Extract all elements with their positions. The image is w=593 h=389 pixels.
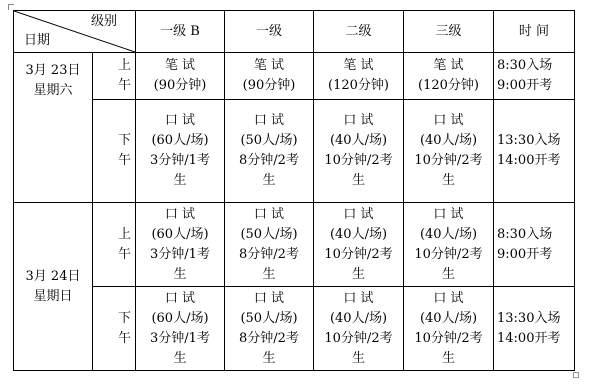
period-text: 上 (93, 56, 131, 76)
exam-duration: 3分钟/1考 (136, 329, 224, 349)
exam-duration: (120分钟) (314, 76, 403, 96)
period-cell: 上 午 (93, 53, 136, 100)
exam-duration: 10分钟/2考 (404, 329, 493, 349)
exam-duration: 8分钟/2考 (225, 151, 313, 171)
entry-time: 8:30入场 (497, 225, 574, 245)
table-row: 3月 23日 星期六 上 午 笔 试 (90分钟) 笔 试 (90分钟) 笔 试… (14, 53, 575, 100)
start-time: 14:00开考 (497, 151, 574, 171)
header-level-2: 二级 (314, 11, 404, 53)
exam-capacity: (50人/场) (225, 309, 313, 329)
exam-cell: 口 试 (60人/场) 3分钟/1考 生 (136, 287, 225, 371)
date-cell: 3月 23日 星期六 (14, 53, 93, 203)
exam-type: 口 试 (225, 205, 313, 225)
period-cell: 下 午 (93, 287, 136, 371)
exam-duration-cont: 生 (136, 171, 224, 191)
exam-capacity: (60人/场) (136, 309, 224, 329)
exam-cell: 口 试 (60人/场) 3分钟/1考 生 (136, 100, 225, 203)
exam-type: 口 试 (314, 289, 403, 309)
exam-cell: 口 试 (40人/场) 10分钟/2考 生 (314, 287, 404, 371)
exam-duration-cont: 生 (404, 171, 493, 191)
header-level-3: 三级 (404, 11, 494, 53)
period-text: 午 (93, 329, 131, 349)
exam-type: 口 试 (225, 289, 313, 309)
exam-cell: 口 试 (50人/场) 8分钟/2考 生 (225, 100, 314, 203)
exam-duration: 10分钟/2考 (404, 151, 493, 171)
entry-time: 8:30入场 (497, 56, 574, 76)
exam-duration: 10分钟/2考 (314, 329, 403, 349)
table-row: 下 午 口 试 (60人/场) 3分钟/1考 生 口 试 (50人/场) 8分钟… (14, 100, 575, 203)
exam-cell: 笔 试 (90分钟) (136, 53, 225, 100)
exam-type: 口 试 (404, 205, 493, 225)
exam-duration-cont: 生 (404, 265, 493, 285)
exam-capacity: (40人/场) (404, 131, 493, 151)
exam-duration: 10分钟/2考 (314, 245, 403, 265)
period-cell: 上 午 (93, 203, 136, 287)
exam-capacity: (40人/场) (404, 225, 493, 245)
exam-type: 口 试 (404, 111, 493, 131)
exam-type: 口 试 (136, 111, 224, 131)
exam-type: 笔 试 (314, 56, 403, 76)
exam-type: 口 试 (404, 289, 493, 309)
period-text: 午 (93, 151, 131, 171)
exam-duration-cont: 生 (225, 349, 313, 369)
header-level-1b: 一级 B (136, 11, 225, 53)
exam-schedule-table: 级别 日期 一级 B 一级 二级 三级 时 间 3月 23日 星期六 上 午 笔… (13, 10, 575, 371)
time-cell: 8:30入场 9:00开考 (494, 53, 575, 100)
header-level-1: 一级 (225, 11, 314, 53)
exam-duration: (120分钟) (404, 76, 493, 96)
entry-time: 13:30入场 (497, 309, 574, 329)
exam-duration: (90分钟) (136, 76, 224, 96)
exam-cell: 笔 试 (120分钟) (314, 53, 404, 100)
exam-duration-cont: 生 (314, 349, 403, 369)
table-row: 下 午 口 试 (60人/场) 3分钟/1考 生 口 试 (50人/场) 8分钟… (14, 287, 575, 371)
exam-duration: 8分钟/2考 (225, 245, 313, 265)
exam-cell: 口 试 (50人/场) 8分钟/2考 生 (225, 287, 314, 371)
header-row: 级别 日期 一级 B 一级 二级 三级 时 间 (14, 11, 575, 53)
time-cell: 13:30入场 14:00开考 (494, 100, 575, 203)
exam-type: 笔 试 (225, 56, 313, 76)
exam-type: 笔 试 (404, 56, 493, 76)
exam-duration-cont: 生 (136, 265, 224, 285)
header-level-label: 级别 (91, 13, 117, 31)
period-text: 下 (93, 131, 131, 151)
date-cell: 3月 24日 星期日 (14, 203, 93, 371)
start-time: 14:00开考 (497, 329, 574, 349)
exam-cell: 口 试 (40人/场) 10分钟/2考 生 (404, 100, 494, 203)
exam-type: 口 试 (136, 289, 224, 309)
exam-cell: 口 试 (40人/场) 10分钟/2考 生 (404, 203, 494, 287)
exam-capacity: (50人/场) (225, 131, 313, 151)
exam-duration: (90分钟) (225, 76, 313, 96)
period-text: 午 (93, 76, 131, 96)
start-time: 9:00开考 (497, 245, 574, 265)
exam-type: 口 试 (136, 205, 224, 225)
diagonal-header-cell: 级别 日期 (14, 11, 136, 53)
exam-capacity: (40人/场) (404, 309, 493, 329)
exam-capacity: (40人/场) (314, 131, 403, 151)
exam-cell: 笔 试 (120分钟) (404, 53, 494, 100)
period-text: 下 (93, 309, 131, 329)
exam-capacity: (60人/场) (136, 225, 224, 245)
exam-cell: 口 试 (60人/场) 3分钟/1考 生 (136, 203, 225, 287)
exam-capacity: (40人/场) (314, 225, 403, 245)
exam-duration-cont: 生 (404, 349, 493, 369)
exam-duration: 10分钟/2考 (314, 151, 403, 171)
exam-duration-cont: 生 (225, 265, 313, 285)
exam-capacity: (50人/场) (225, 225, 313, 245)
exam-type: 口 试 (314, 111, 403, 131)
exam-duration-cont: 生 (225, 171, 313, 191)
exam-cell: 口 试 (40人/场) 10分钟/2考 生 (314, 203, 404, 287)
time-cell: 13:30入场 14:00开考 (494, 287, 575, 371)
exam-cell: 口 试 (50人/场) 8分钟/2考 生 (225, 203, 314, 287)
exam-cell: 笔 试 (90分钟) (225, 53, 314, 100)
period-text: 午 (93, 245, 131, 265)
exam-duration-cont: 生 (314, 265, 403, 285)
header-time: 时 间 (494, 11, 575, 53)
exam-capacity: (60人/场) (136, 131, 224, 151)
exam-type: 笔 试 (136, 56, 224, 76)
exam-cell: 口 试 (40人/场) 10分钟/2考 生 (404, 287, 494, 371)
exam-cell: 口 试 (40人/场) 10分钟/2考 生 (314, 100, 404, 203)
exam-duration-cont: 生 (314, 171, 403, 191)
header-date-label: 日期 (24, 32, 50, 50)
period-cell: 下 午 (93, 100, 136, 203)
exam-duration-cont: 生 (136, 349, 224, 369)
date-text: 3月 23日 (14, 61, 92, 81)
exam-duration: 8分钟/2考 (225, 329, 313, 349)
table-row: 3月 24日 星期日 上 午 口 试 (60人/场) 3分钟/1考 生 口 试 … (14, 203, 575, 287)
time-cell: 8:30入场 9:00开考 (494, 203, 575, 287)
weekday-text: 星期六 (14, 81, 92, 101)
start-time: 9:00开考 (497, 76, 574, 96)
entry-time: 13:30入场 (497, 131, 574, 151)
exam-duration: 3分钟/1考 (136, 151, 224, 171)
period-text: 上 (93, 225, 131, 245)
exam-type: 口 试 (314, 205, 403, 225)
exam-capacity: (40人/场) (314, 309, 403, 329)
weekday-text: 星期日 (14, 287, 92, 307)
date-text: 3月 24日 (14, 267, 92, 287)
exam-duration: 10分钟/2考 (404, 245, 493, 265)
exam-type: 口 试 (225, 111, 313, 131)
exam-duration: 3分钟/1考 (136, 245, 224, 265)
table-resize-handle-icon[interactable] (573, 372, 579, 378)
